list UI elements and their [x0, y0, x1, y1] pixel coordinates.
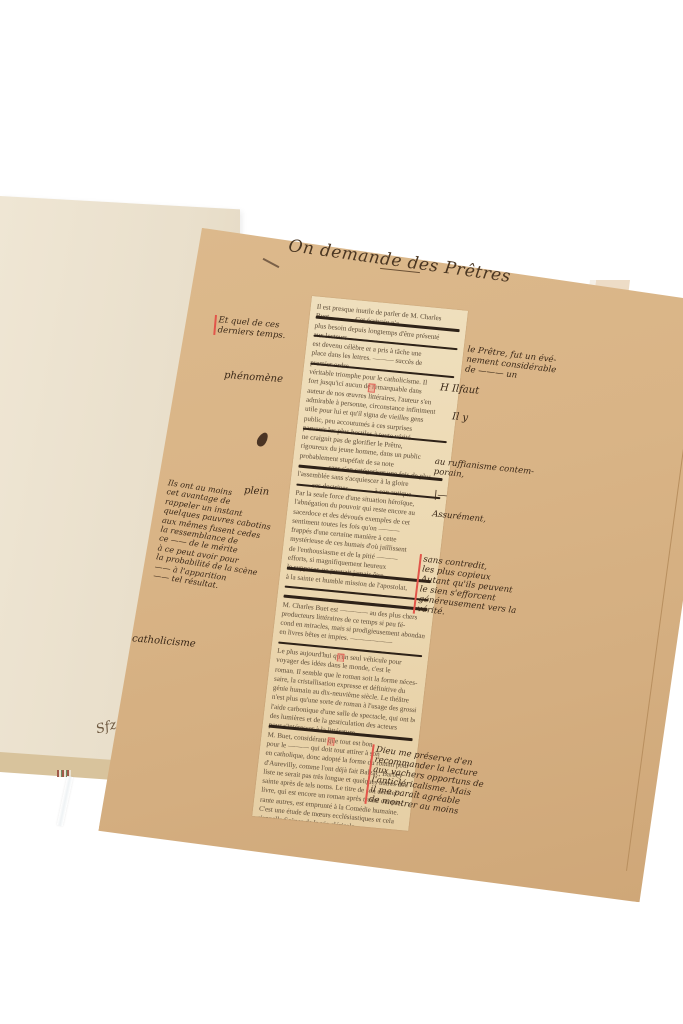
ribbon-bookmark[interactable] — [57, 776, 73, 826]
page-margin-line — [626, 285, 683, 871]
annotation-sans-contredit: sans contredit, les plus copieux Autant … — [413, 554, 522, 626]
annotation-il-y: Il y — [452, 411, 469, 423]
annotation-ils-ont-au-moins: Ils ont au moins cet avantage de rappele… — [153, 478, 276, 597]
annotation-dash: |— — [434, 489, 448, 501]
manuscript-photo: On demande des Prêtres Il est presque in… — [0, 0, 683, 1024]
